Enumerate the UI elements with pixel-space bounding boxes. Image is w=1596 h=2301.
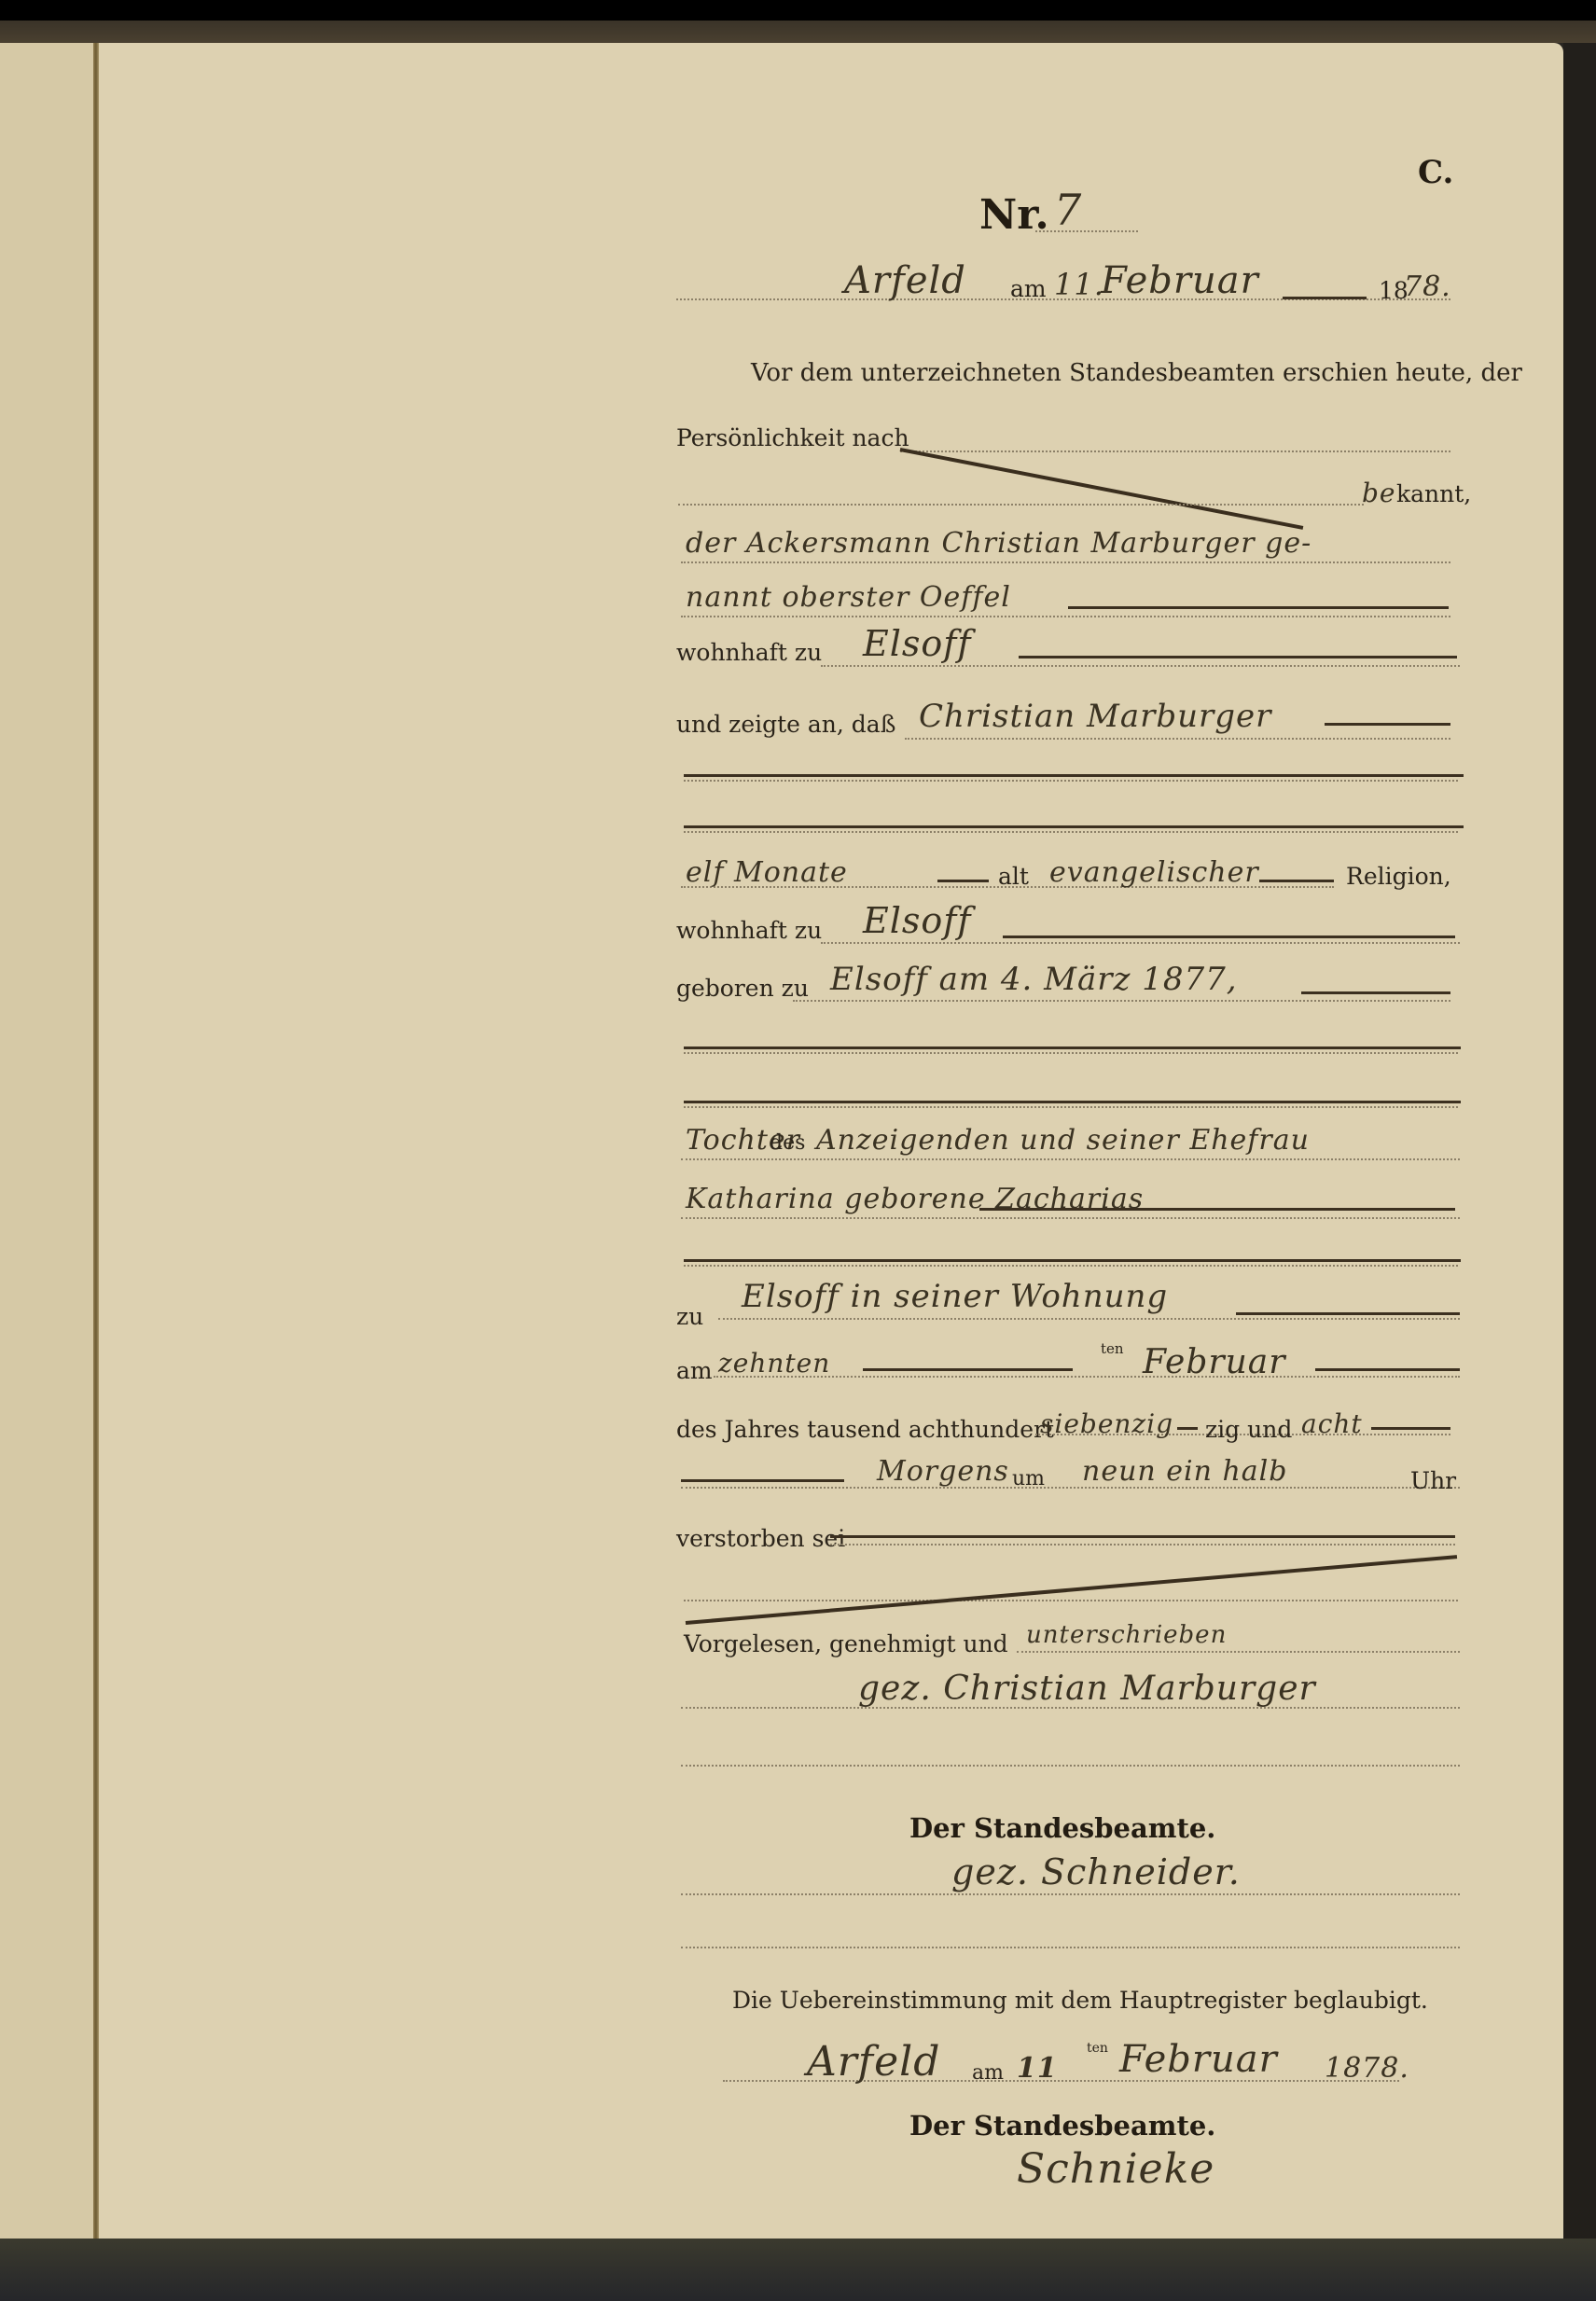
certification-month: Februar [1119,2038,1278,2081]
certification-year: 1878. [1325,2052,1409,2085]
death-time-uhr: Uhr [1410,1467,1456,1494]
parents-fill-line [979,1208,1455,1211]
parents-des: des [770,1131,805,1155]
official-title-1: Der Standesbeamte. [909,1812,1215,1844]
intro-persoenlichkeit-label: Persönlichkeit nach [676,424,909,451]
book-edge-top [0,21,1596,43]
blank-line-3 [684,1052,1458,1054]
closing-value: unterschrieben [1026,1621,1227,1649]
window-title-bar: /Abt_Ostwestfalen-Lippe/P6/P6-25/~001/P6… [0,0,1596,21]
header-month: Februar [1101,259,1259,302]
death-date-day-fill-line [863,1368,1073,1371]
informant-signature: gez. Christian Marburger [858,1670,1316,1708]
died-fill-line [830,1535,1455,1538]
birth-fill-line [1301,991,1450,994]
informant-text-2: nannt oberster Oeffel [686,581,1011,614]
closing-line [1017,1651,1460,1653]
parents-text-1: Anzeigenden und seiner Ehefrau [816,1124,1310,1157]
religion-value: evangelischer [1049,856,1259,889]
header-place: Arfeld [844,259,966,302]
declaration-label: und zeigte an, daß [676,711,895,738]
death-time-um: um [1012,1467,1045,1490]
death-place-value: Elsoff in seiner Wohnung [742,1278,1168,1315]
death-year-label: des Jahres tausend achthundert [676,1416,1054,1443]
blank-strike-line-4 [684,1101,1461,1103]
death-date-day: zehnten [718,1348,830,1379]
age-alt-label: alt [998,863,1029,890]
death-time-daytime: Morgens [877,1455,1009,1488]
declaration-fill-line [1325,723,1450,726]
residence-fill-line [1019,656,1457,658]
blank-strike-line-5 [684,1259,1461,1262]
official-signature-line-2 [681,1947,1460,1948]
death-time-line [681,1487,1460,1489]
death-year-units: acht [1301,1408,1363,1439]
blank-line-2 [684,831,1458,833]
death-year-units-fill [1371,1427,1450,1430]
binding-gutter [93,43,99,2239]
number-line [1035,230,1138,232]
deceased-residence-value: Elsoff [863,900,971,941]
header-day: 11. [1054,267,1104,302]
death-date-ten-sup: ten [1101,1340,1124,1357]
blank-strike-line-1 [684,774,1464,777]
declaration-value: Christian Marburger [919,698,1271,735]
religion-fill-line [1259,880,1334,882]
age-fill-line [937,880,989,882]
informant-text-1: der Ackersmann Christian Marburger ge- [686,527,1311,560]
intro-be: be [1362,478,1396,508]
official-signature-2: Schnieke [1017,2145,1214,2193]
intro-kannt: kannt, [1396,480,1471,507]
residence-line [821,665,1460,667]
informant-line-2 [681,616,1450,617]
death-date-month: Februar [1143,1343,1285,1381]
blank-line-4 [684,1106,1458,1108]
intro-line-3 [678,504,1364,506]
record-number-value: 7 [1054,185,1082,235]
informant-line-1 [681,561,1450,563]
birth-line [793,1000,1450,1002]
certification-am: am [972,2061,1004,2085]
age-value: elf Monate [686,856,848,889]
death-date-am: am [676,1357,713,1384]
intro-line-1: Vor dem unterzeichneten Standesbeamten e… [751,359,1522,387]
deceased-residence-fill-line [1003,936,1455,938]
signature-line-2 [681,1765,1460,1767]
blank-strike-line-2 [684,825,1464,828]
certification-place: Arfeld [807,2038,940,2086]
blank-strike-line-3 [684,1047,1461,1049]
death-place-label: zu [676,1303,703,1330]
deceased-residence-line [821,942,1460,944]
died-label: verstorben sei [676,1525,845,1552]
declaration-line [905,738,1450,740]
death-time-fill-line [681,1479,844,1482]
blank-line-1 [684,780,1458,782]
header-year-suffix: 78. [1404,270,1451,303]
parents-line-2 [681,1217,1460,1219]
death-date-month-fill-line [1315,1368,1460,1371]
birth-label: geboren zu [676,975,809,1002]
death-year-tens-fill [1177,1427,1198,1430]
died-line [830,1544,1455,1546]
birth-value: Elsoff am 4. März 1877, [830,961,1238,998]
book-edge-right [1563,43,1596,2301]
residence-value: Elsoff [863,623,971,664]
official-title-2: Der Standesbeamte. [909,2110,1215,2142]
death-place-fill-line [1236,1312,1460,1315]
death-time-value: neun ein halb [1082,1455,1287,1488]
form-letter: C. [1418,154,1453,191]
parents-line-1 [681,1158,1460,1160]
official-signature-line-1 [681,1893,1460,1895]
religion-label: Religion, [1346,863,1451,890]
death-year-zig: zig und [1205,1416,1292,1443]
death-year-tens: siebenzig [1040,1408,1173,1439]
official-signature-1: gez. Schneider. [951,1851,1241,1892]
death-place-line [718,1318,1460,1320]
header-fill-line [1283,297,1367,299]
blank-line-6 [684,1600,1458,1601]
informant-fill-line [1068,606,1449,609]
certification-ten-sup: ten [1087,2041,1108,2056]
deceased-residence-label: wohnhaft zu [676,917,822,944]
header-am: am [1010,275,1047,302]
left-page-strip [0,43,97,2239]
intro-line-2 [900,450,1450,452]
book-edge-bottom [0,2239,1596,2301]
certification-text: Die Uebereinstimmung mit dem Hauptregist… [732,1987,1428,2014]
certification-day: 11 [1017,2052,1058,2085]
blank-line-5 [684,1265,1458,1267]
closing-label: Vorgelesen, genehmigt und [684,1630,1008,1657]
residence-label: wohnhaft zu [676,639,822,666]
